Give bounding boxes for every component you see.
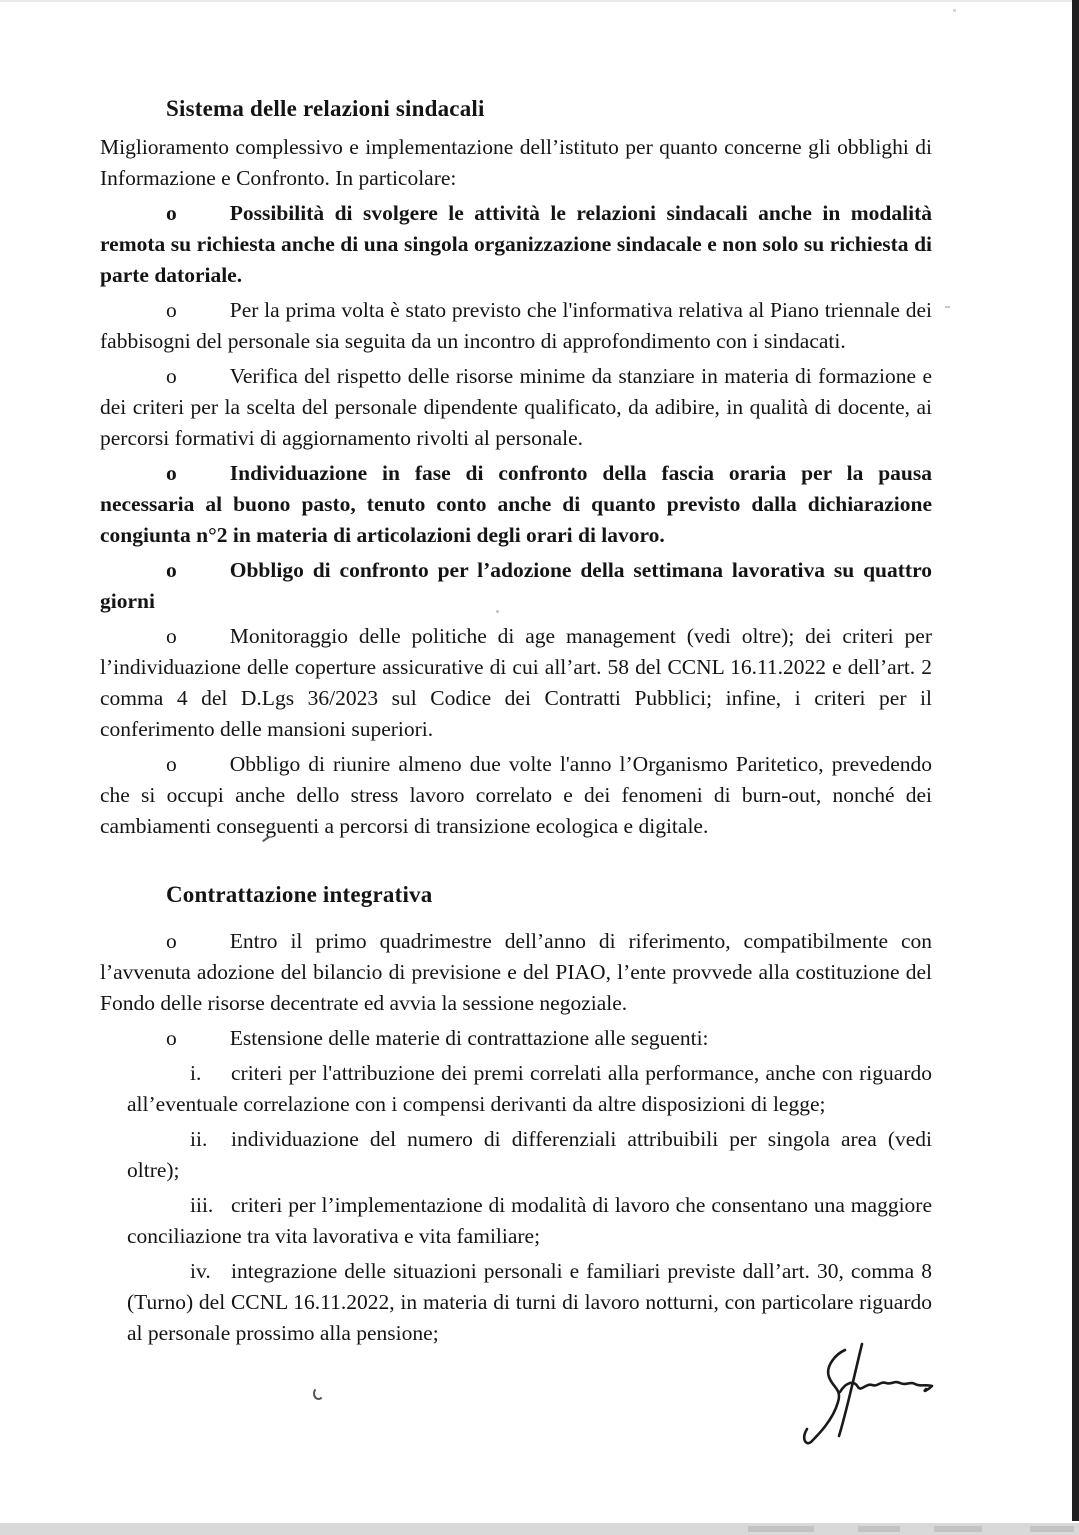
section-heading-contrattazione-integrativa: Contrattazione integrativa <box>166 880 932 910</box>
roman-list-item: i.criteri per l'attribuzione dei premi c… <box>127 1058 932 1120</box>
bullet-text: Per la prima volta è stato previsto che … <box>100 298 932 353</box>
scan-speck <box>945 306 950 308</box>
bullet-text: Individuazione in fase di confronto dell… <box>100 461 932 547</box>
scanned-document-page: Sistema delle relazioni sindacali Miglio… <box>0 0 1079 1535</box>
roman-list-item: ii.individuazione del numero di differen… <box>127 1124 932 1186</box>
scan-speck <box>496 610 499 613</box>
tab-space <box>100 947 166 948</box>
scan-speck <box>313 1387 324 1400</box>
bullet-marker: o <box>166 558 177 582</box>
tab-space <box>177 1044 230 1045</box>
roman-text: criteri per l'attribuzione dei premi cor… <box>127 1061 932 1116</box>
bullet-marker: o <box>166 752 177 776</box>
bullet-item: oEntro il primo quadrimestre dell’anno d… <box>100 926 932 1019</box>
bullet-marker: o <box>166 1026 177 1050</box>
bullet-marker: o <box>166 298 177 322</box>
handwritten-signature <box>782 1336 947 1454</box>
tab-space <box>127 1145 190 1146</box>
bullet-text: Obbligo di confronto per l’adozione dell… <box>100 558 932 613</box>
section-heading-relazioni-sindacali: Sistema delle relazioni sindacali <box>166 94 932 124</box>
bullet-item: oPer la prima volta è stato previsto che… <box>100 295 932 357</box>
tab-space <box>100 1044 166 1045</box>
bullet-marker: o <box>166 929 177 953</box>
tab-space <box>100 479 166 480</box>
bullet-item: oObbligo di riunire almeno due volte l'a… <box>100 749 932 842</box>
tab-space <box>177 576 230 577</box>
bullet-text: Verifica del rispetto delle risorse mini… <box>100 364 932 450</box>
bullet-marker: o <box>166 624 177 648</box>
bullet-item: oMonitoraggio delle politiche di age man… <box>100 621 932 745</box>
document-body: Sistema delle relazioni sindacali Miglio… <box>100 94 932 1353</box>
tab-space <box>127 1211 190 1212</box>
scan-edge-right-strip <box>1072 0 1079 1521</box>
tab-space <box>100 770 166 771</box>
roman-text: individuazione del numero di differenzia… <box>127 1127 932 1182</box>
bullet-marker: o <box>166 364 177 388</box>
scan-noise-segment <box>934 1526 982 1532</box>
bullet-text: Entro il primo quadrimestre dell’anno di… <box>100 929 932 1015</box>
tab-space <box>177 770 230 771</box>
tab-space <box>177 316 230 317</box>
tab-space <box>177 479 230 480</box>
tab-space <box>177 642 230 643</box>
tab-space <box>127 1079 190 1080</box>
scan-noise-segment <box>858 1526 900 1532</box>
tab-space <box>177 219 230 220</box>
roman-list-item: iii.criteri per l’implementazione di mod… <box>127 1190 932 1252</box>
roman-text: integrazione delle situazioni personali … <box>127 1259 932 1345</box>
tab-space <box>100 382 166 383</box>
roman-text: criteri per l’implementazione di modalit… <box>127 1193 932 1248</box>
scan-speck <box>953 9 956 12</box>
scan-noise-segment <box>748 1526 814 1532</box>
bullet-text: Obbligo di riunire almeno due volte l'an… <box>100 752 932 838</box>
bullet-item: oObbligo di confronto per l’adozione del… <box>100 555 932 617</box>
tab-space <box>100 219 166 220</box>
roman-marker: i. <box>190 1058 231 1089</box>
tab-space <box>100 642 166 643</box>
bullet-marker: o <box>166 461 177 485</box>
bullet-item: oVerifica del rispetto delle risorse min… <box>100 361 932 454</box>
roman-marker: ii. <box>190 1124 231 1155</box>
bullet-item: oPossibilità di svolgere le attività le … <box>100 198 932 291</box>
bullet-item: oEstensione delle materie di contrattazi… <box>100 1023 932 1054</box>
tab-space <box>100 316 166 317</box>
tab-space <box>127 1277 190 1278</box>
scan-edge-bottom-strip <box>0 1523 1079 1535</box>
roman-marker: iii. <box>190 1190 231 1221</box>
scan-edge-top <box>0 0 1072 2</box>
tab-space <box>100 576 166 577</box>
bullet-item: oIndividuazione in fase di confronto del… <box>100 458 932 551</box>
bullet-marker: o <box>166 201 177 225</box>
roman-marker: iv. <box>190 1256 231 1287</box>
intro-paragraph: Miglioramento complessivo e implementazi… <box>100 132 932 194</box>
scan-noise-segment <box>1030 1526 1074 1532</box>
bullet-text: Possibilità di svolgere le attività le r… <box>100 201 932 287</box>
tab-space <box>177 947 230 948</box>
bullet-text: Estensione delle materie di contrattazio… <box>230 1026 709 1050</box>
tab-space <box>177 382 230 383</box>
